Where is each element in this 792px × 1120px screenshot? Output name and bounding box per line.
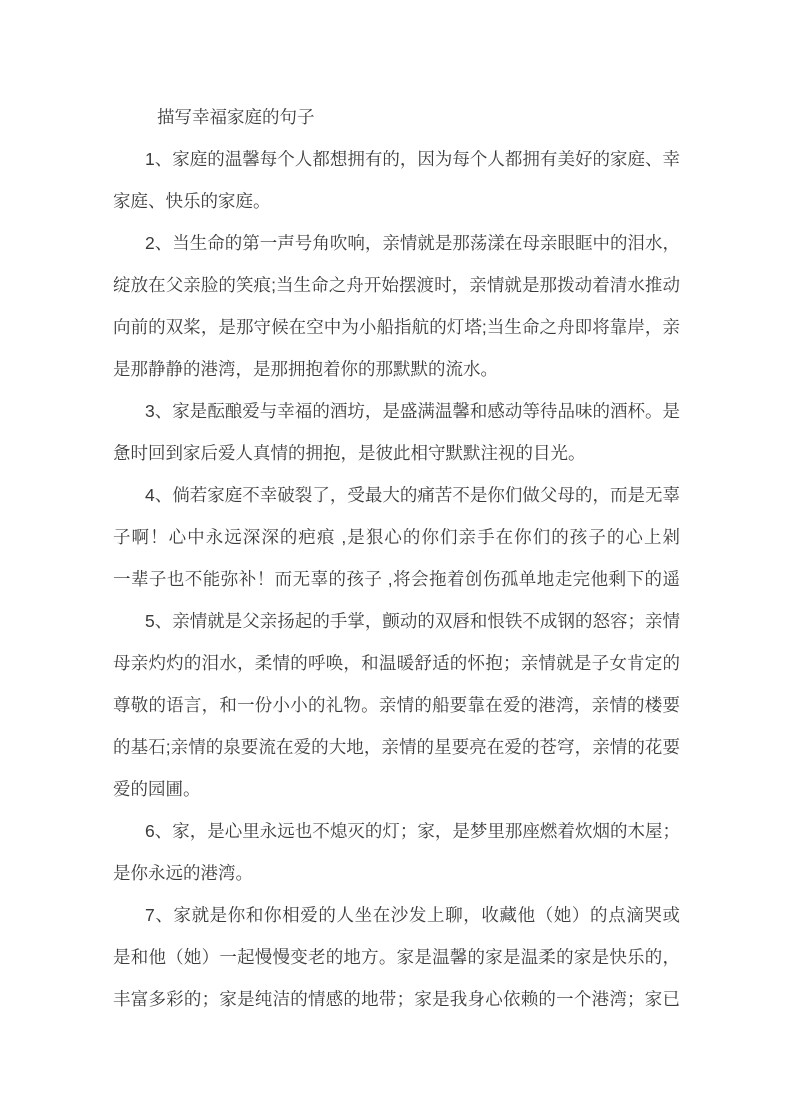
paragraph-3: 3、家是酝酿爱与幸福的酒坊，是盛满温馨和感动等待品味的酒杯。是在疲 惫时回到家后… [113,390,680,474]
text-line: 是你永远的港湾。 [113,852,680,894]
text-line: 是那静静的港湾，是那拥抱着你的那默默的流水。 [113,348,680,390]
text-line: 1、家庭的温馨每个人都想拥有的，因为每个人都拥有美好的家庭、幸福的 [113,138,680,180]
text-line: 7、家就是你和你相爱的人坐在沙发上聊，收藏他（她）的点滴哭或笑；家 [113,894,680,936]
text-line: 尊敬的语言，和一份小小的礼物。亲情的船要靠在爱的港湾，亲情的楼要建在爱 [113,684,680,726]
text-line: 6、家，是心里永远也不熄灭的灯；家，是梦里那座燃着炊烟的木屋；家， [113,810,680,852]
paragraph-7: 7、家就是你和你相爱的人坐在沙发上聊，收藏他（她）的点滴哭或笑；家 是和他（她）… [113,894,680,1020]
text-line: 向前的双桨，是那守候在空中为小船指航的灯塔;当生命之舟即将靠岸，亲情就 [113,306,680,348]
text-line: 子啊！心中永远深深的疤痕 ,是狠心的你们亲手在你们的孩子的心上剁的！你们 [113,516,680,558]
text-line: 绽放在父亲脸的笑痕;当生命之舟开始摆渡时，亲情就是那拨动着清水推动小船 [113,264,680,306]
text-line: 2、当生命的第一声号角吹响，亲情就是那荡漾在母亲眼眶中的泪水，是那 [113,222,680,264]
paragraph-2: 2、当生命的第一声号角吹响，亲情就是那荡漾在母亲眼眶中的泪水，是那 绽放在父亲脸… [113,222,680,390]
text-line: 3、家是酝酿爱与幸福的酒坊，是盛满温馨和感动等待品味的酒杯。是在疲 [113,390,680,432]
paragraph-5: 5、亲情就是父亲扬起的手掌，颤动的双唇和恨铁不成钢的怒容；亲情就是 母亲灼灼的泪… [113,600,680,810]
text-line: 的基石;亲情的泉要流在爱的大地，亲情的星要亮在爱的苍穹，亲情的花要开在 [113,726,680,768]
document-page: 描写幸福家庭的句子 1、家庭的温馨每个人都想拥有的，因为每个人都拥有美好的家庭、… [0,0,792,1120]
text-line: 5、亲情就是父亲扬起的手掌，颤动的双唇和恨铁不成钢的怒容；亲情就是 [113,600,680,642]
paragraph-6: 6、家，是心里永远也不熄灭的灯；家，是梦里那座燃着炊烟的木屋；家， 是你永远的港… [113,810,680,894]
text-line: 一辈子也不能弥补！而无辜的孩子 ,将会拖着创伤孤单地走完他剩下的遥远的路。 [113,558,680,600]
text-line: 是和他（她）一起慢慢变老的地方。家是温馨的家是温柔的家是快乐的，家也是 [113,936,680,978]
text-line: 母亲灼灼的泪水，柔情的呼唤，和温暖舒适的怀抱；亲情就是子女肯定的目光， [113,642,680,684]
document-content: 描写幸福家庭的句子 1、家庭的温馨每个人都想拥有的，因为每个人都拥有美好的家庭、… [113,96,680,1020]
document-title: 描写幸福家庭的句子 [113,96,680,138]
text-line: 4、倘若家庭不幸破裂了，受最大的痛苦不是你们做父母的，而是无辜的孩 [113,474,680,516]
text-line: 惫时回到家后爱人真情的拥抱，是彼此相守默默注视的目光。 [113,432,680,474]
paragraph-4: 4、倘若家庭不幸破裂了，受最大的痛苦不是你们做父母的，而是无辜的孩 子啊！心中永… [113,474,680,600]
paragraph-1: 1、家庭的温馨每个人都想拥有的，因为每个人都拥有美好的家庭、幸福的 家庭、快乐的… [113,138,680,222]
text-line: 爱的园圃。 [113,768,680,810]
text-line: 家庭、快乐的家庭。 [113,180,680,222]
text-line: 丰富多彩的；家是纯洁的情感的地带；家是我身心依赖的一个港湾；家已经深深 [113,978,680,1020]
